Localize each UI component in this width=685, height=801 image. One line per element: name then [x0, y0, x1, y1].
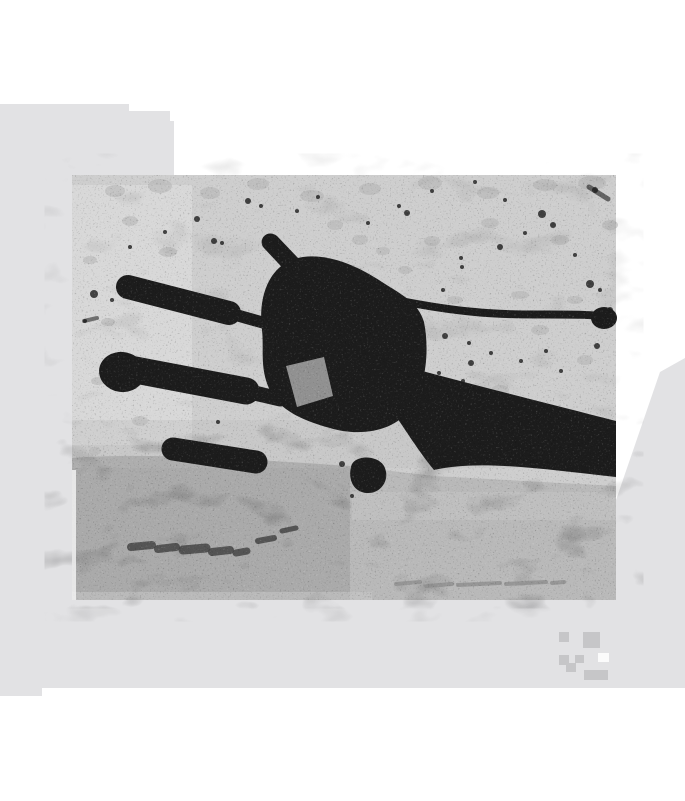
stamp-mark [566, 663, 576, 672]
photo-edge-highlight [72, 470, 76, 600]
stamp-mark [575, 655, 584, 663]
stamp-mark [583, 632, 600, 648]
stamp-highlight [598, 653, 609, 662]
stamp-mark [584, 670, 608, 680]
hand-print-artwork [0, 0, 685, 801]
grain-light-overlay [72, 175, 616, 600]
stamp-mark [559, 632, 569, 642]
artwork-page [0, 0, 685, 801]
print-photo [72, 175, 618, 600]
